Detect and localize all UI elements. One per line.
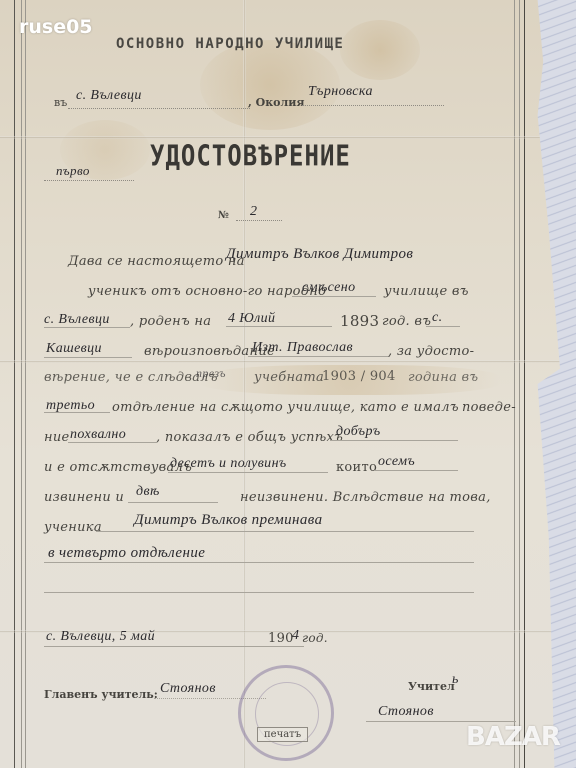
birth-place-line (44, 357, 132, 358)
village-field-line (68, 108, 250, 109)
absences-unexcused-value: двѣ (136, 484, 160, 500)
head-teacher-label: Главенъ учитель: (44, 688, 158, 701)
teacher-label-handwritten: ь (452, 672, 459, 688)
religion-value: Изт. Православ (252, 340, 353, 356)
religion-line (248, 356, 390, 357)
student-name: Димитръ Вълков Димитров (226, 246, 413, 263)
left-border-ornament (21, 0, 26, 768)
blank-line (44, 592, 474, 593)
body-print-text: училище въ (384, 284, 469, 299)
absences-unexcused-line (128, 502, 218, 503)
teacher-signature: Стоянов (378, 704, 434, 720)
body-print-text: ученикъ отъ основно-го народно (88, 284, 326, 299)
promotion-continued: в четвърто отдѣление (48, 545, 205, 562)
body-print-text: които (336, 460, 377, 475)
conduct-value: похвално (70, 427, 126, 443)
overall-grade-value: добъръ (336, 424, 381, 440)
left-border-line (14, 0, 15, 768)
right-border-ornament (514, 0, 520, 768)
body-print-text: ученика (44, 520, 102, 535)
place-date-value: с. Вълевци, 5 май (46, 629, 155, 645)
water-stain (340, 20, 420, 80)
number-field-line (236, 220, 282, 221)
school-seal (238, 665, 334, 761)
number-value: 2 (250, 204, 257, 220)
birth-place-value: Кашевци (46, 341, 102, 357)
number-label: № (218, 210, 229, 221)
body-print-text: поведе- (462, 400, 516, 415)
village-value: с. Вълевци (76, 88, 142, 104)
year-suffix-label: год. (302, 631, 328, 645)
district-value: Търновска (308, 84, 373, 100)
district-label: , Околия (248, 96, 305, 109)
year-suffix-handwritten: 4 (292, 628, 299, 644)
absences-total-line (168, 472, 328, 473)
grade-completed-value: третьо (46, 398, 95, 414)
horizontal-fold (0, 360, 560, 363)
year-prefix: 190 (268, 631, 294, 646)
vertical-fold (243, 0, 246, 768)
school-year-value: 1903 / 904 (322, 369, 396, 384)
document-title: УДОСТОВѢРЕНИЕ (150, 139, 351, 173)
place-date-line (44, 646, 304, 647)
watermark-seller: ruse05 (19, 16, 93, 38)
head-teacher-signature: Стоянов (160, 681, 216, 697)
body-print-text: отдѣление на сѫщото училище, като е имал… (112, 400, 459, 415)
absences-excused-value: осемъ (378, 454, 415, 470)
body-print-text: учебната (254, 370, 324, 385)
promotion-value: Димитръ Вълков преминава (134, 512, 323, 529)
body-print-text: година въ (408, 370, 478, 385)
overall-grade-line (330, 440, 458, 441)
body-print-text: неизвинени. Вслѣдствие на това, (240, 490, 491, 505)
birth-place-prefix-line (426, 326, 460, 327)
stamp-placeholder-label: печатъ (257, 727, 308, 742)
body-print-text: , за удосто- (388, 344, 474, 359)
body-print-text: год. въ (382, 314, 431, 329)
ordinal-field-line (44, 180, 134, 181)
promotion-line (96, 531, 474, 532)
body-print-text: извинени и (44, 490, 124, 505)
body-handwritten-text: презъ (196, 366, 226, 381)
birth-day-value: 4 Юлий (228, 311, 275, 327)
body-print-text: , роденъ на (130, 314, 211, 329)
absences-excused-line (374, 470, 458, 471)
birth-year-value: 1893 (340, 312, 379, 330)
right-border-line (524, 0, 525, 768)
body-print-text: ние (44, 430, 70, 445)
body-print-text: вѣрение, че е слѣдвалъ (44, 370, 218, 385)
blank-line (44, 562, 474, 563)
in-label: въ (54, 96, 67, 109)
birth-place-prefix: с. (432, 310, 443, 326)
teacher-label: Учител (408, 680, 455, 693)
watermark-marketplace: BAZAR (466, 722, 560, 752)
school-type-heading: ОСНОВНО НАРОДНО УЧИЛИЩЕ (116, 36, 344, 52)
school-village-value: с. Вълевци (44, 312, 110, 328)
school-kind-line (292, 296, 376, 297)
body-print-text: Дава се настоящето на (68, 254, 245, 269)
school-kind-value: смѣсено (302, 280, 355, 296)
district-field-line (302, 105, 444, 106)
body-print-text: , показалъ е общъ успѣхъ (156, 430, 343, 445)
ordinal-value: първо (56, 163, 90, 179)
absences-total-value: десетъ и полувинъ (170, 456, 287, 472)
